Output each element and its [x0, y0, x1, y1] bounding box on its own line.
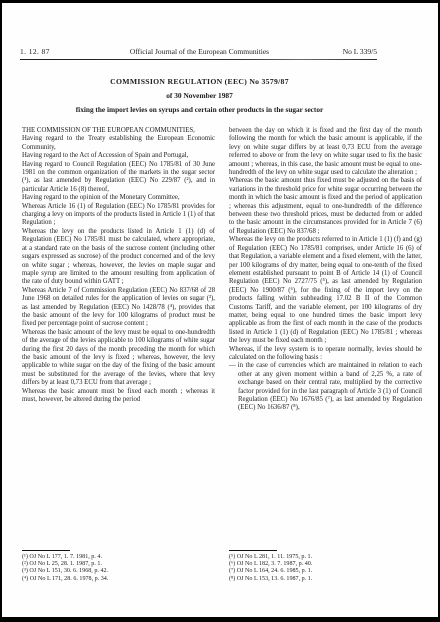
footnote-rule: [229, 550, 277, 551]
paragraph: Whereas, if the levy system is to operat…: [229, 346, 422, 363]
header-issue-number: No L 339/5: [335, 47, 377, 56]
paragraph: Whereas the levy on the products referre…: [229, 236, 422, 345]
regulation-date: of 30 November 1987: [22, 91, 377, 100]
paragraph: Whereas the basic amount thus fixed must…: [229, 177, 422, 236]
paragraph: Whereas the basic amount must be fixed e…: [22, 388, 215, 405]
footnote: (¹) OJ No L 177, 1. 7. 1981, p. 4.: [22, 554, 222, 561]
header-journal-title: Official Journal of the European Communi…: [22, 47, 377, 56]
paragraph: Whereas Article 7 of Commission Regulati…: [22, 287, 215, 329]
list-item-text: in the case of currencies which are main…: [238, 362, 422, 411]
paragraph: Whereas the basic amount of the levy mus…: [22, 329, 215, 388]
list-item: —in the case of currencies which are mai…: [229, 362, 422, 412]
regulation-title: COMMISSION REGULATION (EEC) No 3579/87: [22, 77, 377, 86]
header-rule: [20, 59, 377, 60]
paragraph: between the day on which it is fixed and…: [229, 127, 422, 177]
footnotes-right: (⁵) OJ No L 281, 1. 11. 1975, p. 1. (⁶) …: [229, 550, 429, 583]
footnote: (⁵) OJ No L 281, 1. 11. 1975, p. 1.: [229, 554, 429, 561]
paragraph: THE COMMISSION OF THE EUROPEAN COMMUNITI…: [22, 127, 215, 135]
footnote: (⁷) OJ No L 164, 24. 6. 1985, p. 1.: [229, 568, 429, 575]
left-column: THE COMMISSION OF THE EUROPEAN COMMUNITI…: [22, 127, 215, 404]
paragraph: Whereas Article 16 (1) of Regulation (EE…: [22, 203, 215, 228]
right-column: between the day on which it is fixed and…: [229, 127, 422, 413]
footnote: (⁴) OJ No L 171, 28. 6. 1978, p. 34.: [22, 576, 222, 583]
paragraph: Having regard to the opinion of the Mone…: [22, 194, 215, 202]
footnote: (³) OJ No L 151, 30. 6. 1968, p. 42.: [22, 568, 222, 575]
dash-marker: —: [229, 362, 236, 369]
footnote-rule: [22, 550, 70, 551]
footnotes-left: (¹) OJ No L 177, 1. 7. 1981, p. 4. (²) O…: [22, 550, 222, 583]
paragraph: Having regard to Council Regulation (EEC…: [22, 161, 215, 195]
paragraph: Whereas the levy on the products listed …: [22, 228, 215, 287]
paragraph: Having regard to the Act of Accession of…: [22, 152, 215, 160]
title-block: COMMISSION REGULATION (EEC) No 3579/87 o…: [22, 77, 377, 114]
footnote: (⁸) OJ No L 153, 13. 6. 1987, p. 1.: [229, 576, 429, 583]
paragraph: Having regard to the Treaty establishing…: [22, 135, 215, 152]
regulation-subject: fixing the import levies on syrups and c…: [22, 105, 377, 114]
journal-page: 1. 12. 87 Official Journal of the Europe…: [0, 0, 440, 622]
